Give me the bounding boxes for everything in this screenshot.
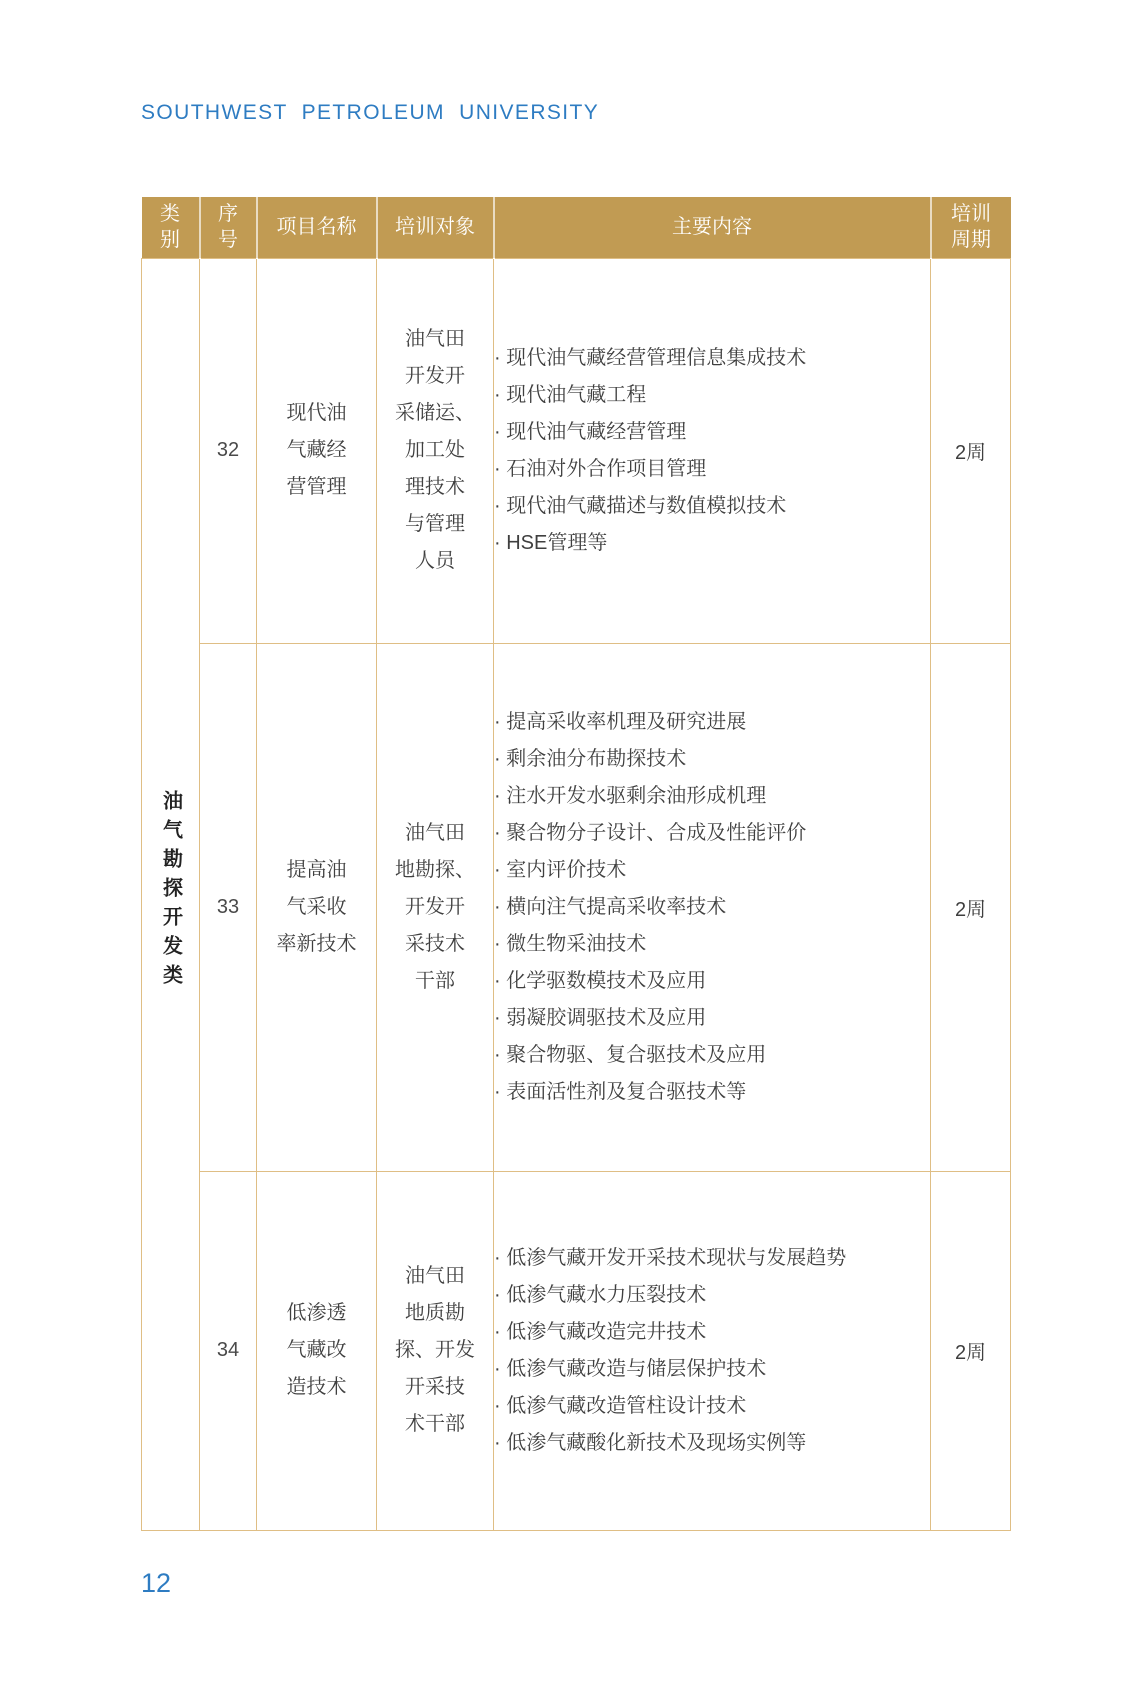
content-bullet: · 低渗气藏开发开采技术现状与发展趋势 <box>494 1240 930 1277</box>
content-bullet: · 聚合物驱、复合驱技术及应用 <box>494 1037 930 1074</box>
col-header-content: 主要内容 <box>494 197 931 258</box>
training-period: 2周 <box>931 1171 1011 1530</box>
main-content-cell: · 提高采收率机理及研究进展· 剩余油分布勘探技术· 注水开发水驱剩余油形成机理… <box>494 643 931 1171</box>
content-bullet: · 注水开发水驱剩余油形成机理 <box>494 778 930 815</box>
content-bullet: · 现代油气藏经营管理信息集成技术 <box>494 340 930 377</box>
content-bullet: · 化学驱数模技术及应用 <box>494 963 930 1000</box>
training-table-wrapper: 类 别 序 号 项目名称 培训对象 主要内容 培训 周期 油气勘探开发类 32 … <box>141 197 1011 1531</box>
university-brand-title: SOUTHWEST PETROLEUM UNIVERSITY <box>141 101 599 125</box>
table-row: 34 低渗透 气藏改 造技术 油气田 地质勘 探、开发 开采技 术干部 · 低渗… <box>142 1171 1011 1530</box>
col-header-category: 类 别 <box>142 197 200 258</box>
category-cell: 油气勘探开发类 <box>142 258 200 1530</box>
content-bullet: · 低渗气藏改造完井技术 <box>494 1314 930 1351</box>
content-bullet: · 聚合物分子设计、合成及性能评价 <box>494 815 930 852</box>
row-number: 34 <box>200 1171 257 1530</box>
content-bullet: · 现代油气藏描述与数值模拟技术 <box>494 488 930 525</box>
col-header-number: 序 号 <box>200 197 257 258</box>
category-label: 油气勘探开发类 <box>161 790 181 993</box>
main-content-cell: · 低渗气藏开发开采技术现状与发展趋势· 低渗气藏水力压裂技术· 低渗气藏改造完… <box>494 1171 931 1530</box>
training-audience: 油气田 地勘探、 开发开 采技术 干部 <box>377 643 494 1171</box>
training-audience: 油气田 地质勘 探、开发 开采技 术干部 <box>377 1171 494 1530</box>
row-number: 33 <box>200 643 257 1171</box>
content-bullet: · 低渗气藏水力压裂技术 <box>494 1277 930 1314</box>
col-header-period: 培训 周期 <box>931 197 1011 258</box>
main-content-cell: · 现代油气藏经营管理信息集成技术· 现代油气藏工程· 现代油气藏经营管理· 石… <box>494 258 931 643</box>
content-bullet: · 现代油气藏经营管理 <box>494 414 930 451</box>
training-period: 2周 <box>931 258 1011 643</box>
content-bullet: · 现代油气藏工程 <box>494 377 930 414</box>
content-bullet: · 低渗气藏改造管柱设计技术 <box>494 1388 930 1425</box>
training-period: 2周 <box>931 643 1011 1171</box>
row-number: 32 <box>200 258 257 643</box>
content-bullet: · 弱凝胶调驱技术及应用 <box>494 1000 930 1037</box>
table-row: 33 提高油 气采收 率新技术 油气田 地勘探、 开发开 采技术 干部 · 提高… <box>142 643 1011 1171</box>
content-bullet: · 剩余油分布勘探技术 <box>494 741 930 778</box>
content-bullet: · 微生物采油技术 <box>494 926 930 963</box>
content-bullet: · 表面活性剂及复合驱技术等 <box>494 1074 930 1111</box>
project-name: 现代油 气藏经 营管理 <box>257 258 377 643</box>
content-bullet: · 室内评价技术 <box>494 852 930 889</box>
table-header-row: 类 别 序 号 项目名称 培训对象 主要内容 培训 周期 <box>142 197 1011 258</box>
content-bullet: · 石油对外合作项目管理 <box>494 451 930 488</box>
project-name: 低渗透 气藏改 造技术 <box>257 1171 377 1530</box>
col-header-audience: 培训对象 <box>377 197 494 258</box>
project-name: 提高油 气采收 率新技术 <box>257 643 377 1171</box>
training-program-table: 类 别 序 号 项目名称 培训对象 主要内容 培训 周期 油气勘探开发类 32 … <box>141 197 1011 1531</box>
document-page: SOUTHWEST PETROLEUM UNIVERSITY 类 别 序 号 项… <box>0 0 1127 1702</box>
content-list: · 提高采收率机理及研究进展· 剩余油分布勘探技术· 注水开发水驱剩余油形成机理… <box>494 704 930 1111</box>
content-bullet: · HSE管理等 <box>494 525 930 562</box>
content-bullet: · 横向注气提高采收率技术 <box>494 889 930 926</box>
page-number: 12 <box>141 1568 171 1599</box>
content-bullet: · 提高采收率机理及研究进展 <box>494 704 930 741</box>
content-list: · 现代油气藏经营管理信息集成技术· 现代油气藏工程· 现代油气藏经营管理· 石… <box>494 340 930 562</box>
content-bullet: · 低渗气藏改造与储层保护技术 <box>494 1351 930 1388</box>
training-audience: 油气田 开发开 采储运、 加工处 理技术 与管理 人员 <box>377 258 494 643</box>
col-header-project: 项目名称 <box>257 197 377 258</box>
table-row: 油气勘探开发类 32 现代油 气藏经 营管理 油气田 开发开 采储运、 加工处 … <box>142 258 1011 643</box>
content-list: · 低渗气藏开发开采技术现状与发展趋势· 低渗气藏水力压裂技术· 低渗气藏改造完… <box>494 1240 930 1462</box>
content-bullet: · 低渗气藏酸化新技术及现场实例等 <box>494 1425 930 1462</box>
